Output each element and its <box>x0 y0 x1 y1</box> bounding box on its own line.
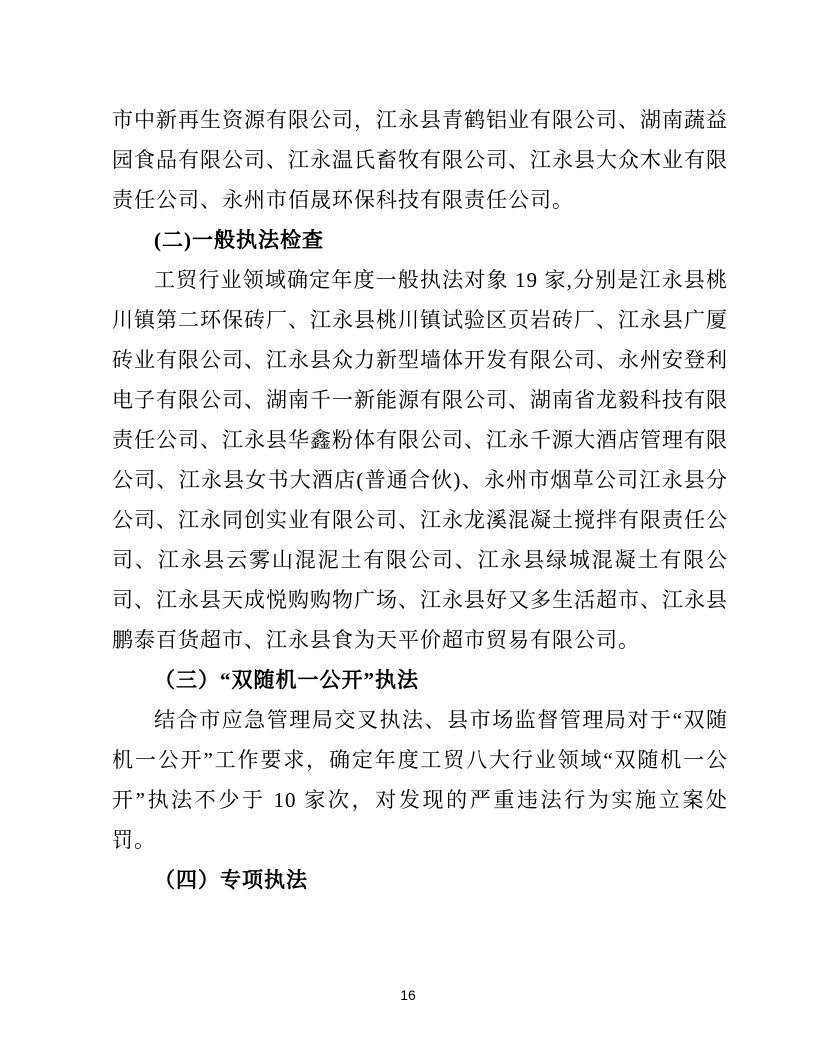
paragraph-general-enforcement-targets: 工贸行业领域确定年度一般执法对象 19 家,分别是江永县桃川镇第二环保砖厂、江永… <box>112 260 728 660</box>
page-number: 16 <box>400 987 416 1003</box>
paragraph-double-random-detail: 结合市应急管理局交叉执法、县市场监督管理局对于“双随机一公开”工作要求，确定年度… <box>112 700 728 860</box>
page-footer: 16 <box>0 987 816 1005</box>
section-heading-double-random: （三）“双随机一公开”执法 <box>112 660 728 700</box>
document-body: 市中新再生资源有限公司，江永县青鹤铝业有限公司、湖南蔬益园食品有限公司、江永温氏… <box>112 100 728 900</box>
document-page: 市中新再生资源有限公司，江永县青鹤铝业有限公司、湖南蔬益园食品有限公司、江永温氏… <box>0 0 816 1056</box>
paragraph-company-list-continuation: 市中新再生资源有限公司，江永县青鹤铝业有限公司、湖南蔬益园食品有限公司、江永温氏… <box>112 100 728 220</box>
section-heading-general-enforcement: (二)一般执法检查 <box>112 220 728 260</box>
section-heading-special-enforcement: （四）专项执法 <box>112 860 728 900</box>
